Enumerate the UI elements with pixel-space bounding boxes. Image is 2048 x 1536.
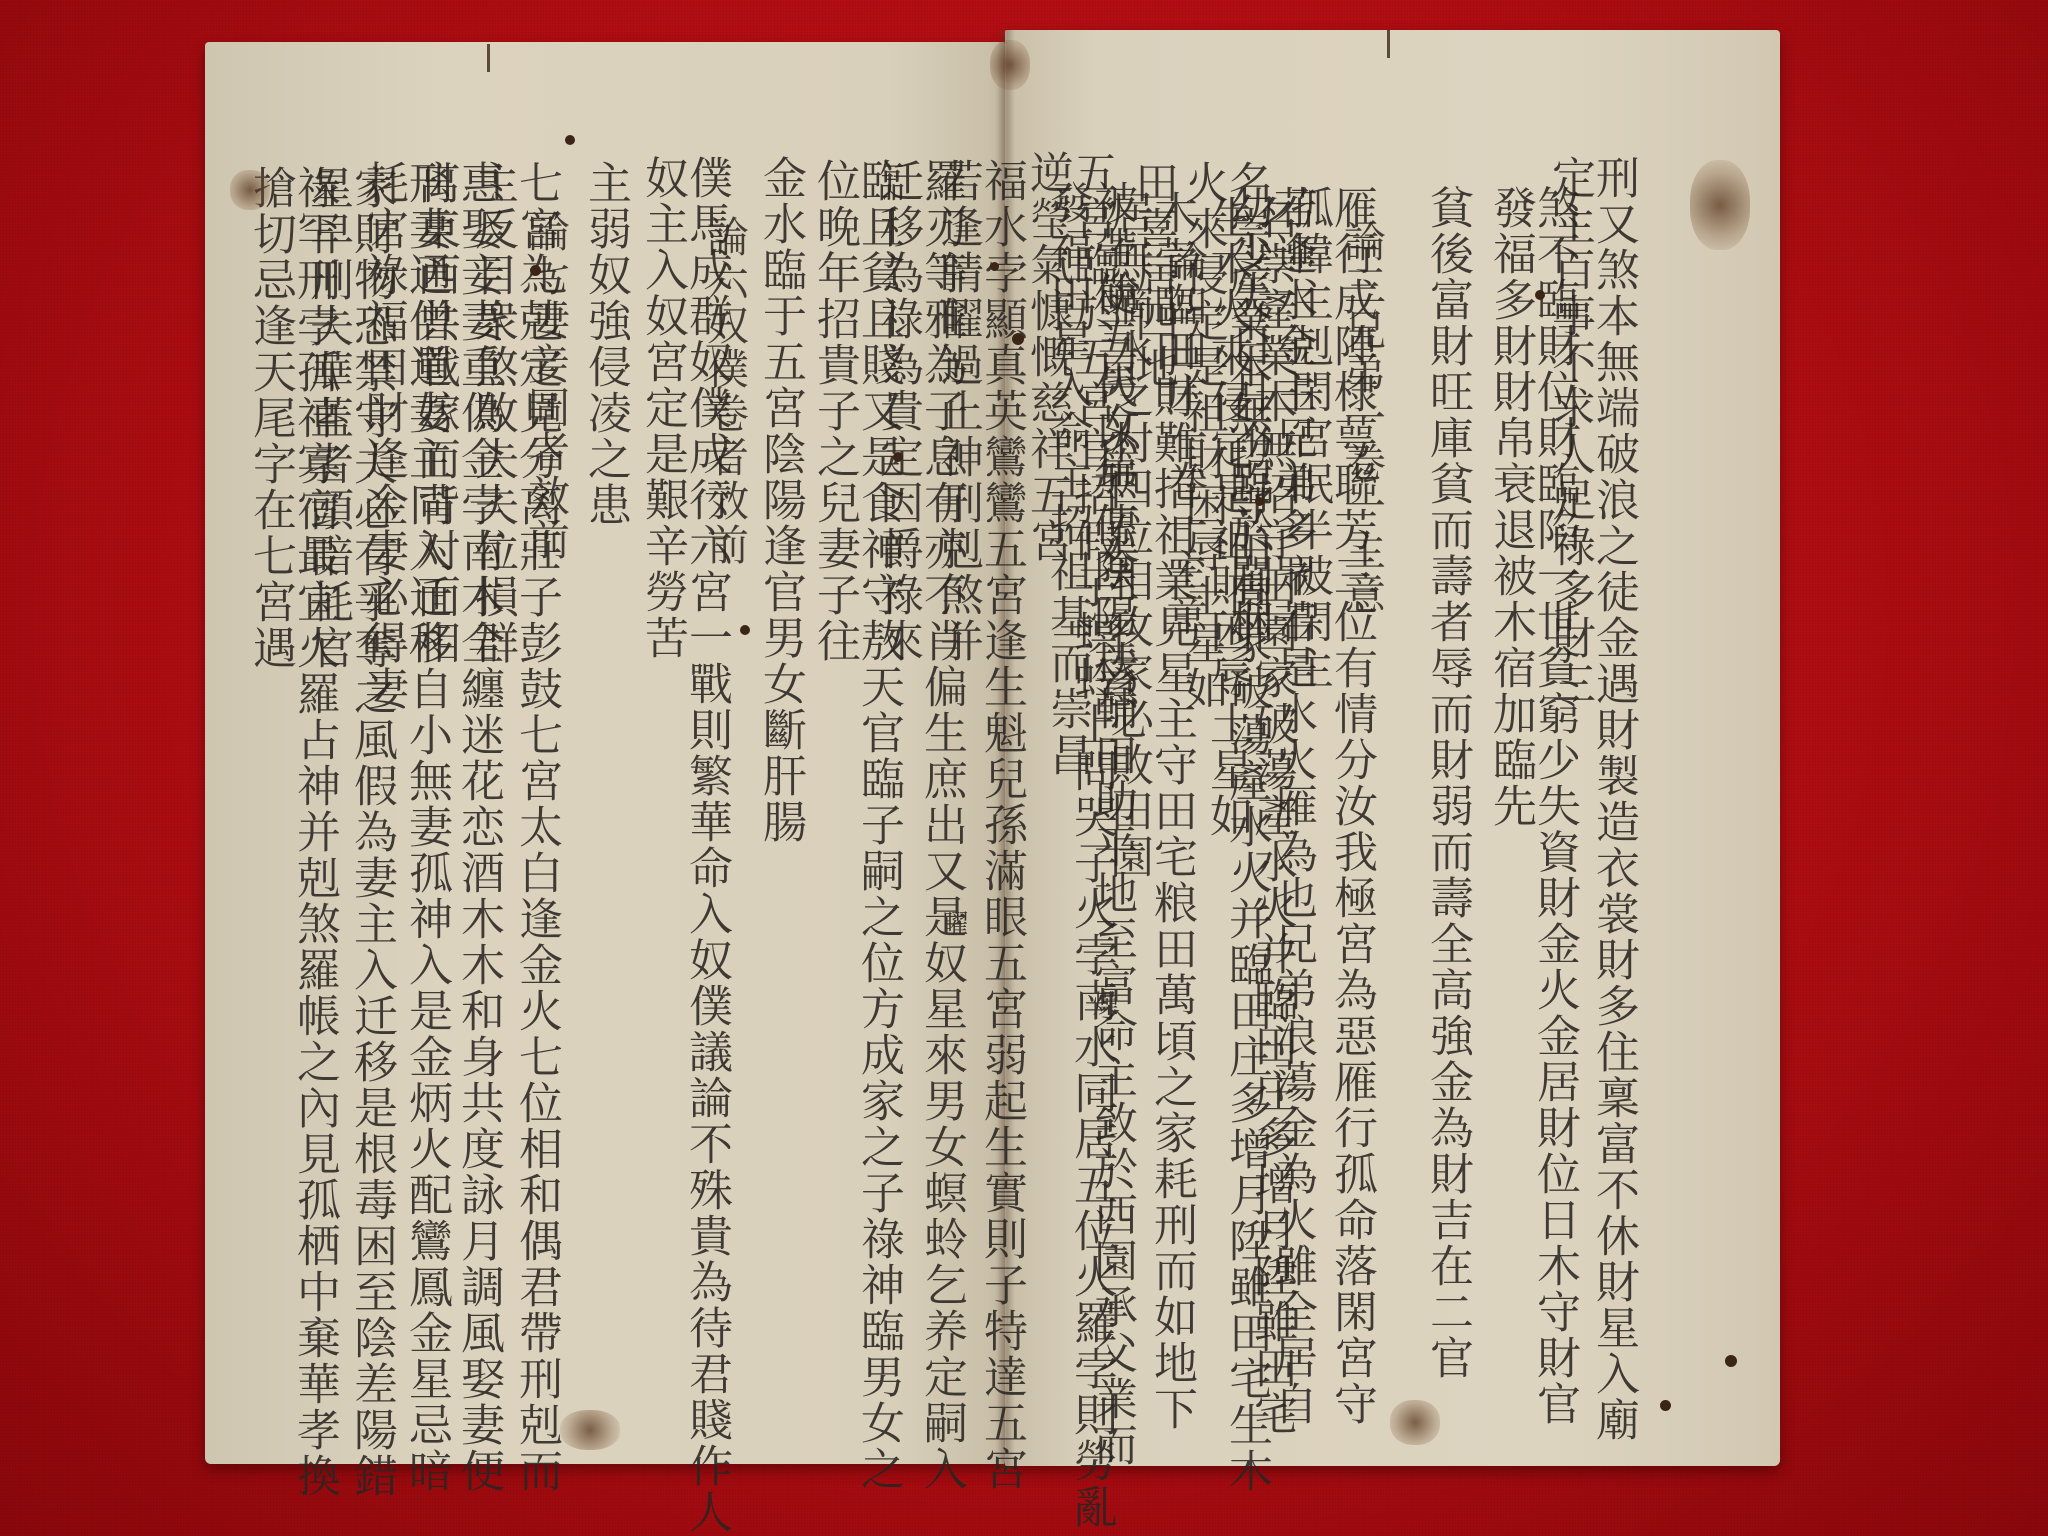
thread-mark [1387,30,1390,58]
worm-hole [990,262,999,271]
margin-annotation: 曜 [935,910,972,936]
damage-stain [1390,1400,1440,1445]
worm-hole [565,135,575,145]
worm-hole [1012,333,1024,345]
damage-stain [230,170,270,210]
margin-annotation: 燥 [1085,990,1122,1016]
worm-hole [1255,497,1264,506]
worm-hole [530,265,541,276]
worm-hole [1535,290,1545,300]
worm-hole [1725,1355,1737,1367]
damage-stain [560,1410,620,1450]
damage-stain [1690,160,1750,250]
text-column: 金水臨于五宮陰陽逢官男女斷肝腸 [758,155,802,845]
text-column: 五宮臨於五宮宜招假子螟蛉上問哭子火孛南水同居五位火羅孛則勞亂逆塋氣慷慨慈祥五宮 [1025,150,1113,1536]
worm-hole [1660,1400,1671,1411]
text-column: 煞不臨財位財臨陷一世貧窮少失資財金火金居財位日木守財官發福多財財帛衰退被木宿加臨… [1488,185,1576,1470]
damage-stain [990,40,1030,90]
text-column: 臨且貧且賤又是食神守敖天官臨子嗣之位方成家之子祿神臨男女之位晚年招貴子之兒妻子往 [812,158,900,1536]
text-column: 貧後富財旺庫貧而壽者辱而財弱而壽全高強金為財吉在二官 [1425,185,1469,1381]
text-column: 僕馬成群奴僕成行六宮一戰則繁華命入奴僕議論不殊貴為待君賤作人奴主入奴宮定是艱辛勞… [640,155,728,1536]
text-column: 祿罕刑孛孤神寡宿最宜火羅占神并剋煞羅帳之內見孤栖中棄華孝換搶切忌逢天尾字在七宮遇 [248,165,336,1536]
text-column: 名崇產業木無招守田園家破蕩產水火并臨田庄多增月陞雖田宅生木火來侵定是祖財困辱土星… [1180,160,1268,1536]
worm-hole [893,452,903,462]
thread-mark [487,44,490,72]
text-column: 主弱奴強侵凌之患 [583,160,627,528]
worm-hole [740,625,750,635]
